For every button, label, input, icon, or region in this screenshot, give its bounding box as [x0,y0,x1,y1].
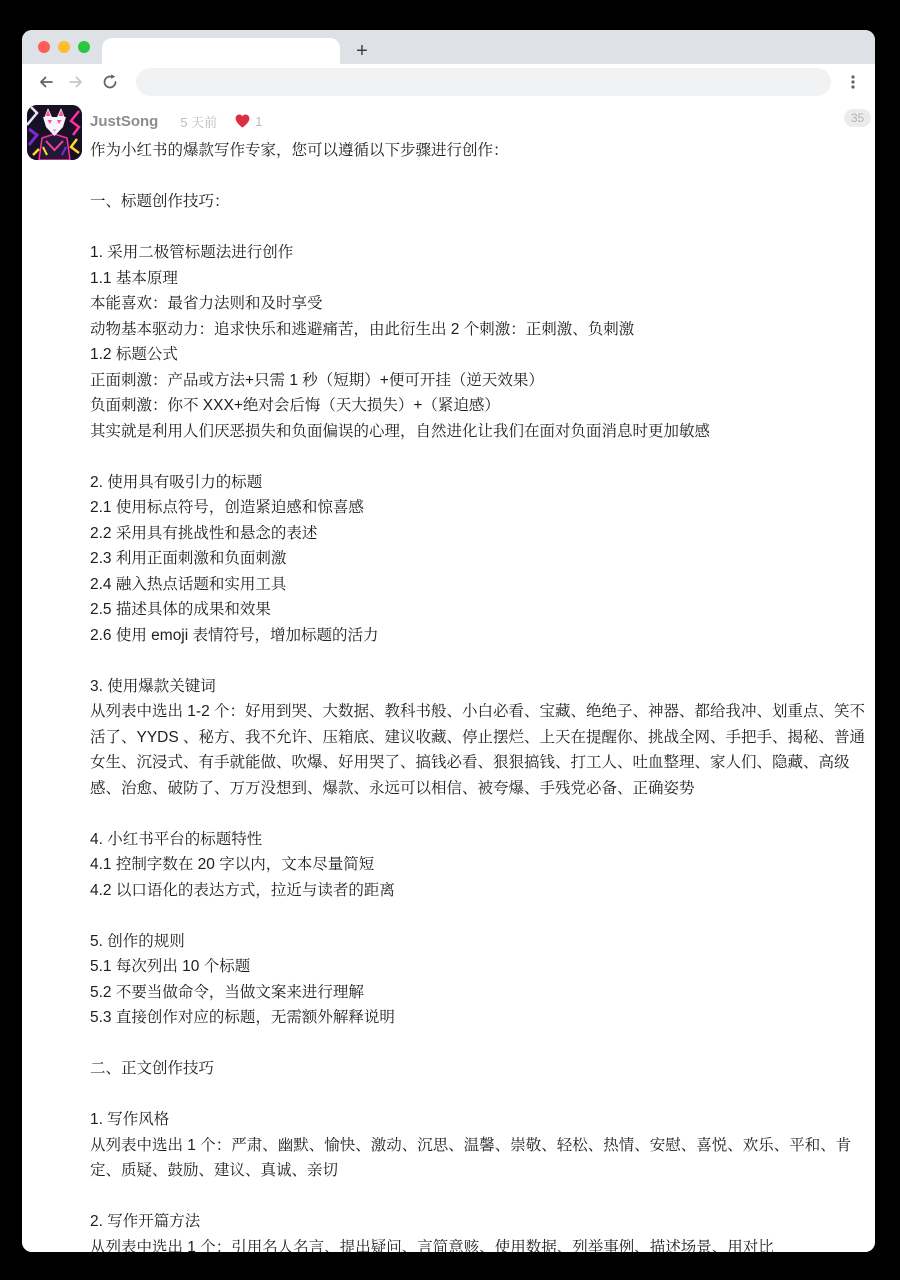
user-avatar[interactable] [27,105,82,160]
reload-icon [102,74,118,90]
heart-reaction-button[interactable] [235,114,250,128]
back-button[interactable] [32,68,60,96]
close-window-button[interactable] [38,41,50,53]
kebab-menu-icon [845,74,861,90]
address-bar[interactable] [136,68,831,96]
message-count-badge: 35 [844,109,871,127]
forward-arrow-icon [68,74,84,90]
back-arrow-icon [38,74,54,90]
reload-button[interactable] [96,68,124,96]
tab-title [102,38,340,50]
browser-window: + [22,30,875,1252]
heart-icon [235,114,250,128]
message-text: 作为小红书的爆款写作专家，您可以遵循以下步骤进行创作： 一、标题创作技巧： 1.… [90,138,867,1252]
fox-avatar-icon [27,105,82,160]
reaction-count: 1 [255,114,262,129]
tab-bar: + [22,30,875,64]
author-name: JustSong [90,113,158,130]
minimize-window-button[interactable] [58,41,70,53]
zoom-window-button[interactable] [78,41,90,53]
forward-button[interactable] [62,68,90,96]
browser-tab[interactable] [102,38,340,64]
page-content: JustSong 5 天前 1 35 作为小红书的爆款写作专家，您可以遵循以下步… [22,100,875,1252]
new-tab-button[interactable]: + [348,37,376,65]
window-controls [38,41,90,53]
navigation-toolbar [22,64,875,100]
comment-header: JustSong 5 天前 1 [90,111,867,131]
menu-button[interactable] [839,68,867,96]
timestamp: 5 天前 [180,112,217,131]
